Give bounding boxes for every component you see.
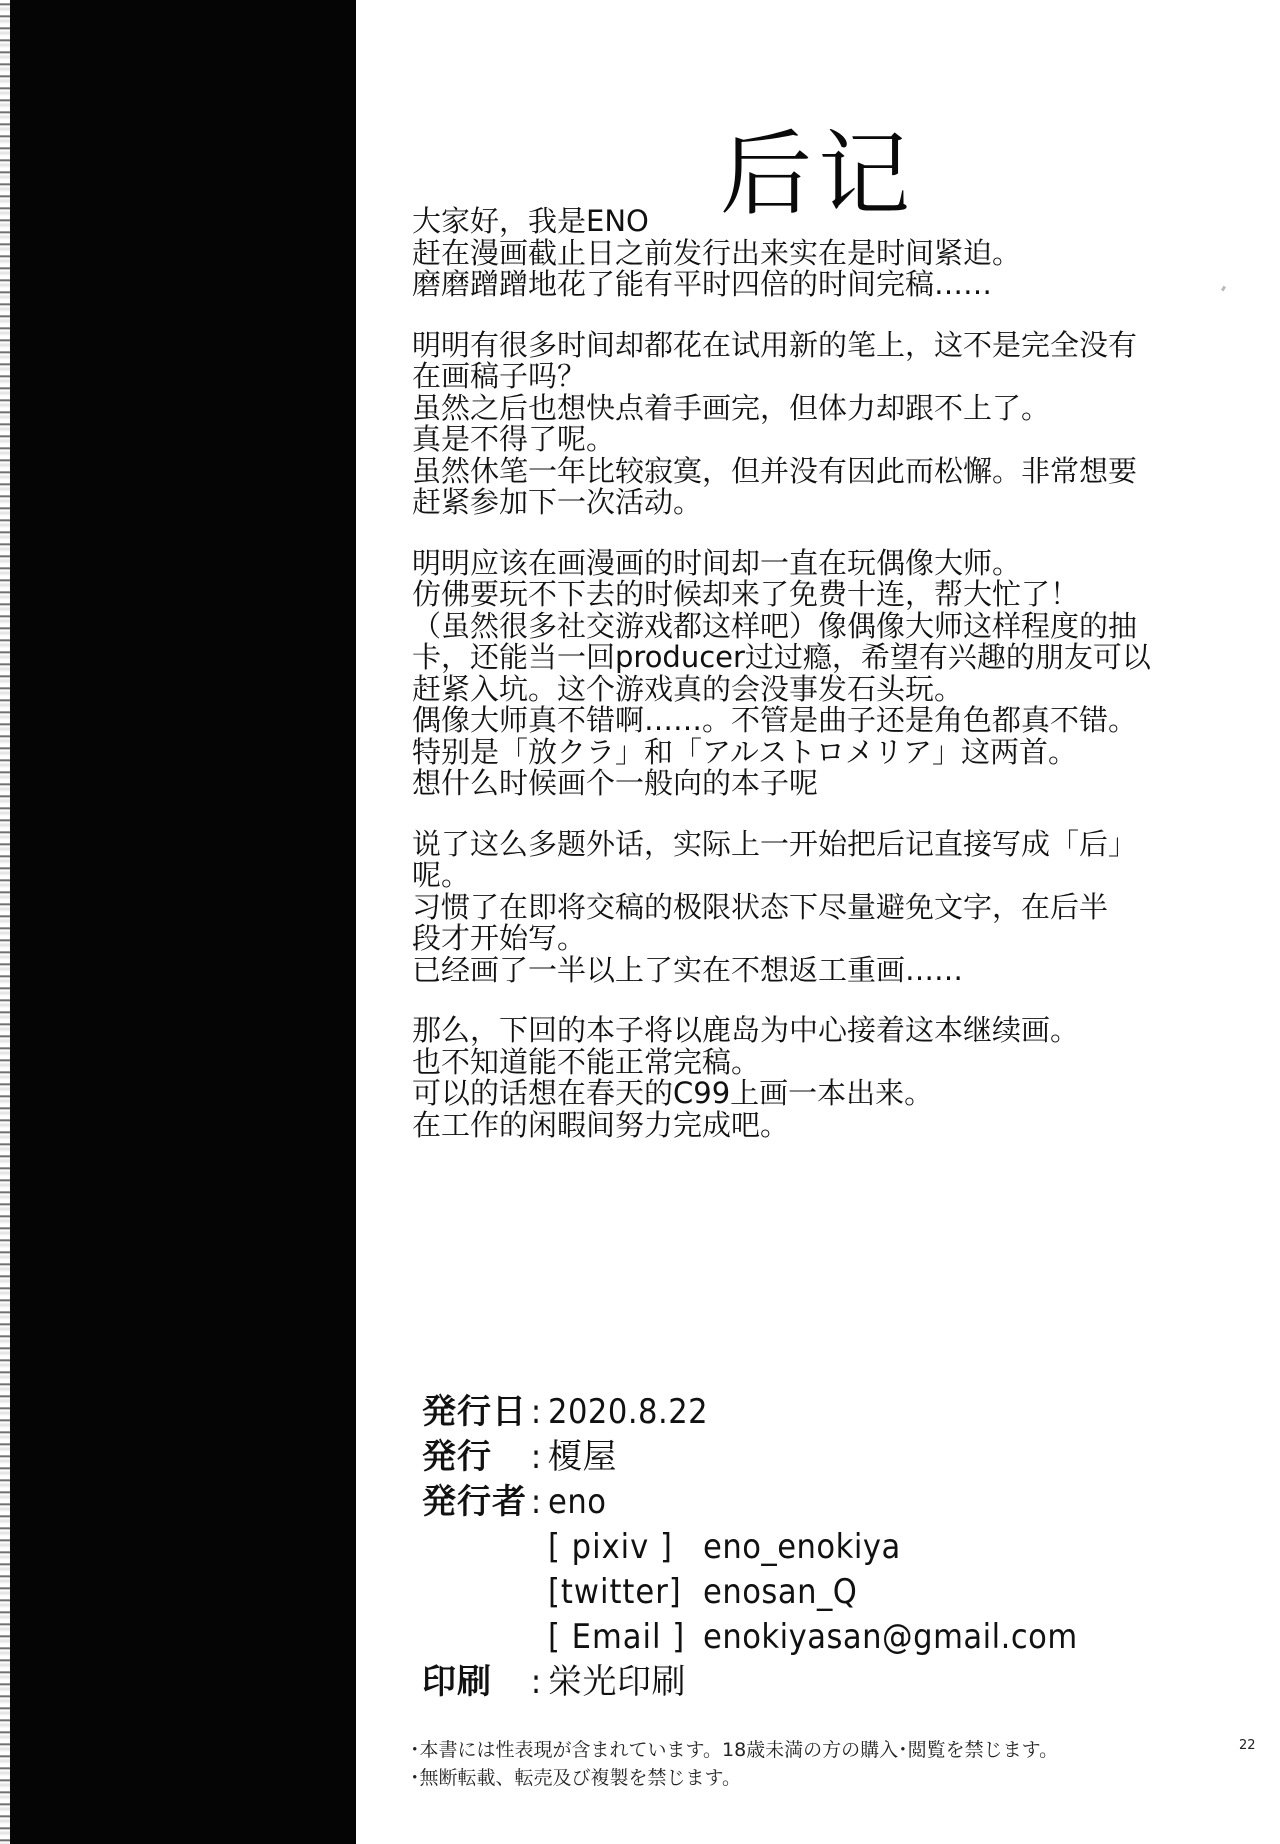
paragraph-5: 那么，下回的本子将以鹿岛为中心接着这本继续画。 也不知道能不能正常完稿。 可以的… [412,1015,1192,1141]
text-line: 也不知道能不能正常完稿。 [412,1047,1192,1079]
legal-notes: ･本書には性表現が含まれています。18歳未満の方の購入･閲覧を禁じます。 ･無断… [410,1736,1190,1792]
colophon-value: eno [548,1480,606,1525]
twitter-handle: enosan_Q [703,1572,857,1612]
text-line: 卡，还能当一回producer过过瘾，希望有兴趣的朋友可以 [412,642,1192,674]
colophon-row-issuer: 発行者 : eno [422,1480,1222,1525]
black-margin-band [10,0,356,1844]
colophon-row-pixiv: [ pixiv ]eno_enokiya [422,1525,1222,1570]
email-address: enokiyasan@gmail.com [703,1617,1078,1657]
text-line: 想什么时候画个一般向的本子呢 [412,768,1192,800]
text-line: 明明有很多时间却都花在试用新的笔上，这不是完全没有 [412,330,1192,362]
text-line: 已经画了一半以上了实在不想返工重画…… [412,955,1192,987]
paragraph-3: 明明应该在画漫画的时间却一直在玩偶像大师。 仿佛要玩不下去的时候却来了免费十连，… [412,548,1192,800]
text-line: 虽然休笔一年比较寂寞，但并没有因此而松懈。非常想要 [412,456,1192,488]
text-line: 习惯了在即将交稿的极限状态下尽量避免文字，在后半 [412,892,1192,924]
colophon-label: 発行者 [422,1480,524,1525]
colophon-row-publish-date: 発行日 : 2020.8.22 [422,1390,1222,1435]
text-line: 赶紧参加下一次活动。 [412,487,1192,519]
twitter-label: [twitter] [548,1570,703,1615]
text-line: 赶紧入坑。这个游戏真的会没事发石头玩。 [412,674,1192,706]
text-line: 特别是「放クラ」和「アルストロメリア」这两首。 [412,737,1192,769]
colophon-separator: : [524,1660,548,1705]
text-line: 赶在漫画截止日之前发行出来实在是时间紧迫。 [412,238,1192,270]
colophon-row-email: [ Email ]enokiyasan@gmail.com [422,1615,1222,1660]
colophon-label: 発行日 [422,1390,524,1435]
note-age-restriction: ･本書には性表現が含まれています。18歳未満の方の購入･閲覧を禁じます。 [410,1736,1190,1764]
colophon-row-printer: 印刷 : 栄光印刷 [422,1660,1222,1705]
text-line: 说了这么多题外话，实际上一开始把后记直接写成「后」 [412,829,1192,861]
pixiv-label: [ pixiv ] [548,1525,703,1570]
colophon-value: 榎屋 [548,1435,617,1480]
text-line: 虽然之后也想快点着手画完，但体力却跟不上了。 [412,393,1192,425]
text-line: 真是不得了呢。 [412,424,1192,456]
colophon: 発行日 : 2020.8.22 発行 : 榎屋 発行者 : eno [ pixi… [422,1390,1222,1705]
scan-speck [1221,286,1226,292]
text-line: 明明应该在画漫画的时间却一直在玩偶像大师。 [412,548,1192,580]
colophon-value: 2020.8.22 [548,1390,708,1435]
note-no-reproduction: ･無断転載、転売及び複製を禁じます。 [410,1764,1190,1792]
paragraph-4: 说了这么多题外话，实际上一开始把后记直接写成「后」 呢。 习惯了在即将交稿的极限… [412,829,1192,987]
text-line: 偶像大师真不错啊……。不管是曲子还是角色都真不错。 [412,705,1192,737]
email-label: [ Email ] [548,1615,703,1660]
page-number: 22 [1239,1738,1256,1753]
colophon-row-publisher: 発行 : 榎屋 [422,1435,1222,1480]
paragraph-1: 大家好，我是ENO 赶在漫画截止日之前发行出来实在是时间紧迫。 磨磨蹭蹭地花了能… [412,206,1192,301]
paragraph-2: 明明有很多时间却都花在试用新的笔上，这不是完全没有 在画稿子吗？ 虽然之后也想快… [412,330,1192,519]
colophon-separator: : [524,1435,548,1480]
afterword-body: 大家好，我是ENO 赶在漫画截止日之前发行出来实在是时间紧迫。 磨磨蹭蹭地花了能… [412,206,1192,1170]
colophon-label: 印刷 [422,1660,524,1705]
text-line: （虽然很多社交游戏都这样吧）像偶像大师这样程度的抽 [412,611,1192,643]
text-line: 那么，下回的本子将以鹿岛为中心接着这本继续画。 [412,1015,1192,1047]
text-line: 可以的话想在春天的C99上画一本出来。 [412,1078,1192,1110]
colophon-separator: : [524,1390,548,1435]
afterword-page: 后记 大家好，我是ENO 赶在漫画截止日之前发行出来实在是时间紧迫。 磨磨蹭蹭地… [356,0,1280,1844]
text-line: 磨磨蹭蹭地花了能有平时四倍的时间完稿…… [412,269,1192,301]
colophon-separator: : [524,1480,548,1525]
colophon-value: 栄光印刷 [548,1660,686,1705]
colophon-row-twitter: [twitter]enosan_Q [422,1570,1222,1615]
colophon-label: 発行 [422,1435,524,1480]
text-line: 段才开始写。 [412,923,1192,955]
text-line: 大家好，我是ENO [412,206,1192,238]
text-line: 呢。 [412,860,1192,892]
pixiv-handle: eno_enokiya [703,1527,901,1567]
text-line: 在画稿子吗？ [412,361,1192,393]
text-line: 在工作的闲暇间努力完成吧。 [412,1110,1192,1142]
text-line: 仿佛要玩不下去的时候却来了免费十连，帮大忙了！ [412,579,1192,611]
